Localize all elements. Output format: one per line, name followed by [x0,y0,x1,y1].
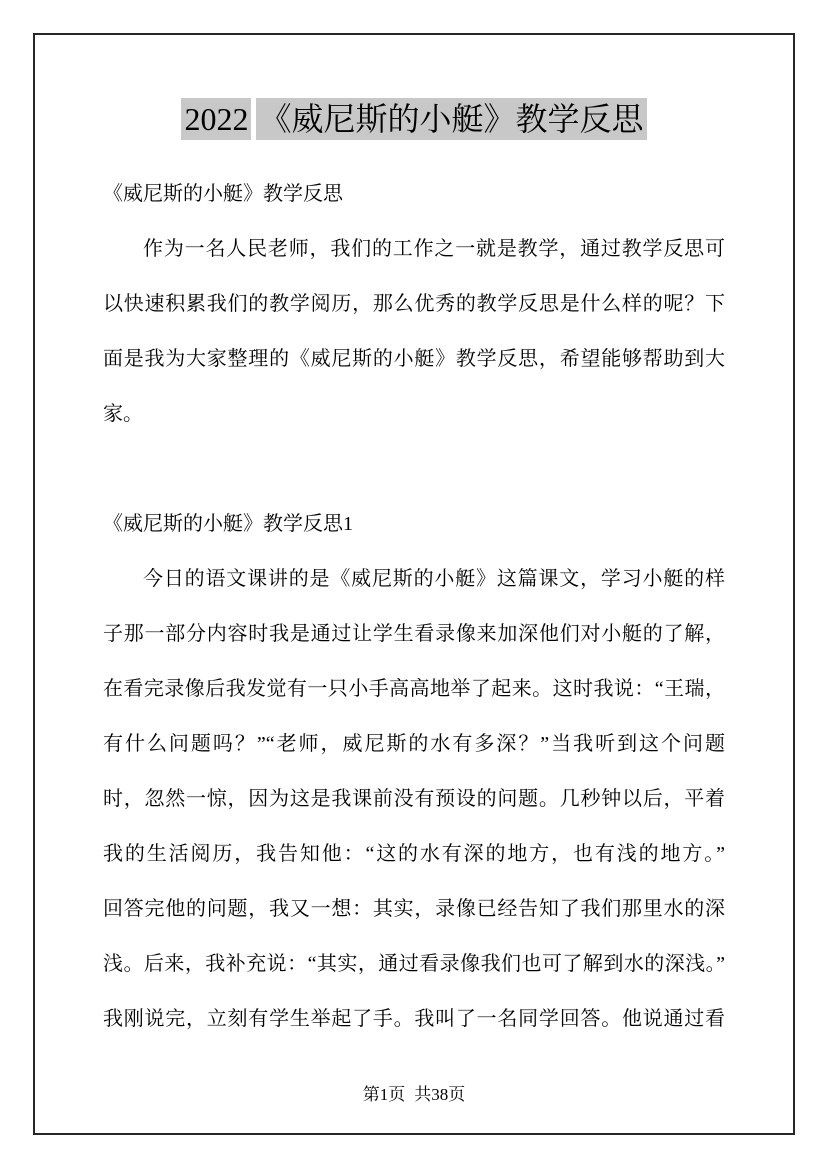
blank-line [103,442,725,497]
subtitle-line: 《威尼斯的小艇》教学反思 [103,167,725,222]
doc-body: 《威尼斯的小艇》教学反思 作为一名人民老师，我们的工作之一就是教学，通过教学反思… [103,167,725,1047]
paragraph-line: 我的生活阅历，我告知他：“这的水有深的地方，也有浅的地方。” [103,827,725,882]
paragraph-line: 子那一部分内容时我是通过让学生看录像来加深他们对小艇的了解， [103,607,725,662]
paragraph-line: 在看完录像后我发觉有一只小手高高地举了起来。这时我说：“王瑞， [103,662,725,717]
paragraph-line: 面是我为大家整理的《威尼斯的小艇》教学反思，希望能够帮助到大 [103,332,725,387]
doc-title-year: 2022 [181,98,251,140]
paragraph-line: 浅。后来，我补充说：“其实，通过看录像我们也可了解到水的深浅。” [103,937,725,992]
doc-title-main: 《威尼斯的小艇》教学反思 [256,98,646,140]
paragraph-line: 作为一名人民老师，我们的工作之一就是教学，通过教学反思可 [103,222,725,277]
section-heading: 《威尼斯的小艇》教学反思1 [103,497,725,552]
paragraph-line: 有什么问题吗？”“老师，威尼斯的水有多深？”当我听到这个问题 [103,717,725,772]
paragraph-line: 回答完他的问题，我又一想：其实，录像已经告知了我们那里水的深 [103,882,725,937]
paragraph-line: 今日的语文课讲的是《威尼斯的小艇》这篇课文，学习小艇的样 [103,552,725,607]
paragraph-line: 以快速积累我们的教学阅历，那么优秀的教学反思是什么样的呢？下 [103,277,725,332]
document-page: 2022《威尼斯的小艇》教学反思 《威尼斯的小艇》教学反思 作为一名人民老师，我… [33,33,795,1135]
footer-page-number: 第1页 [363,1085,406,1104]
paragraph-line: 家。 [103,387,725,442]
paragraph-line: 我刚说完，立刻有学生举起了手。我叫了一名同学回答。他说通过看 [103,992,725,1047]
doc-title: 2022《威尼斯的小艇》教学反思 [103,98,725,140]
paragraph-line: 时，忽然一惊，因为这是我课前没有预设的问题。几秒钟以后，平着 [103,772,725,827]
page-footer: 第1页共38页 [35,1085,793,1105]
footer-total-pages: 共38页 [414,1085,465,1104]
